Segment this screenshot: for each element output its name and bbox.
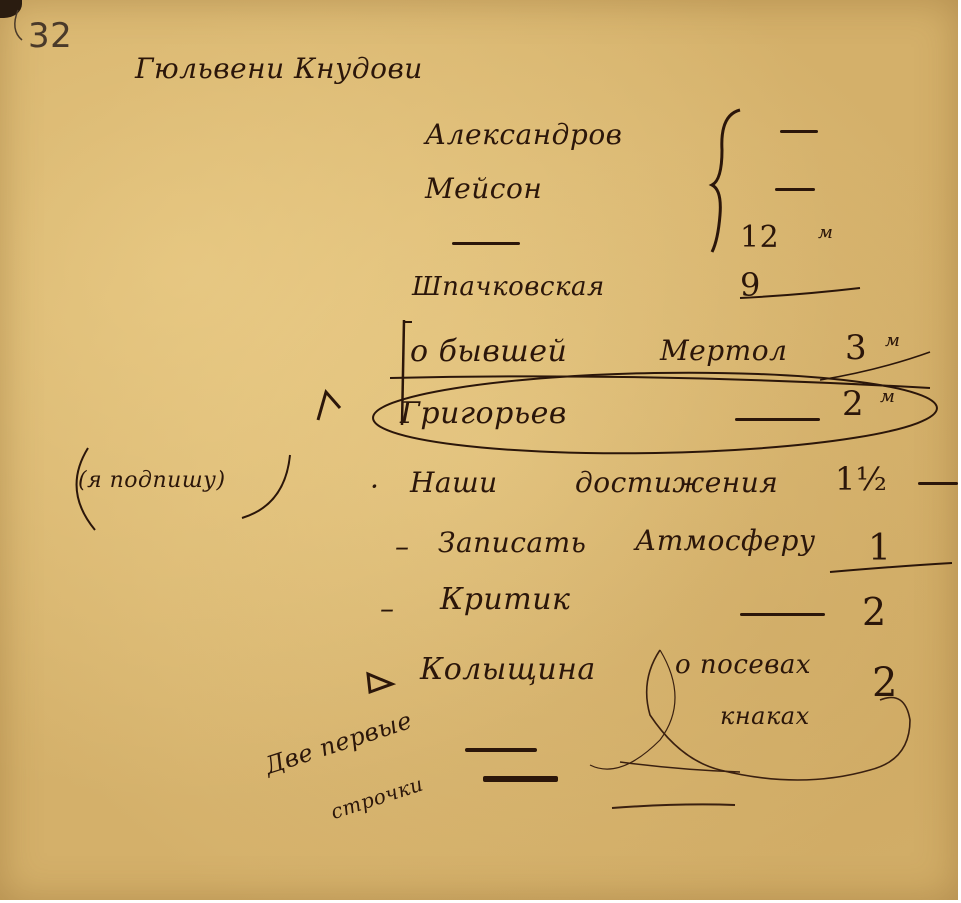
entry-name-2: достижения <box>575 466 778 499</box>
entry-dash <box>735 418 820 421</box>
entry-name: Наши <box>410 466 498 499</box>
entry-name: Шпачковская <box>412 272 605 302</box>
entry-prefix: – <box>395 530 410 563</box>
entry-value: 3 <box>845 328 867 368</box>
entry-dash <box>452 242 520 245</box>
entry-value: 2 <box>872 660 898 706</box>
entry-name: Григорьев <box>400 396 567 431</box>
entry-prefix: · <box>370 470 379 503</box>
entry-name-2: Мертол <box>660 334 787 367</box>
entry-name: Мейсон <box>425 172 542 205</box>
entry-dash <box>780 130 818 133</box>
footer-equals-top <box>465 748 537 752</box>
entry-unit: м <box>885 330 900 351</box>
entry-value: 1½ <box>835 460 887 498</box>
page-number: 32 <box>28 16 72 56</box>
entry-name: Критик <box>440 582 570 617</box>
entry-value: 1 <box>868 528 891 569</box>
left-margin-note: (я подпишу) <box>78 468 226 493</box>
entry-dash <box>775 188 815 191</box>
entry-name: Александров <box>425 118 622 151</box>
entry-value: 12 <box>740 220 779 255</box>
entry-name: Записать <box>438 526 586 559</box>
entry-prefix: – <box>380 592 395 625</box>
footer-equals-bottom <box>483 776 558 782</box>
manuscript-page: 32 Гюльвени Кнудови Александров Мейсон 1… <box>0 0 958 900</box>
entry-name-3: кнаках <box>720 702 810 730</box>
entry-name: о бывшей <box>410 334 567 369</box>
entry-name-2: Атмосферу <box>635 524 816 557</box>
entry-value: 9 <box>740 266 761 304</box>
entry-dash <box>918 482 958 485</box>
entry-value: 2 <box>842 384 864 424</box>
entry-unit: м <box>880 386 895 407</box>
entry-name-2: о посевах <box>675 650 811 680</box>
entry-name: Колыщина <box>420 652 596 687</box>
entry-dash <box>740 613 825 616</box>
page-heading: Гюльвени Кнудови <box>135 52 423 85</box>
entry-value: 2 <box>862 590 887 634</box>
entry-unit: м <box>818 222 833 243</box>
